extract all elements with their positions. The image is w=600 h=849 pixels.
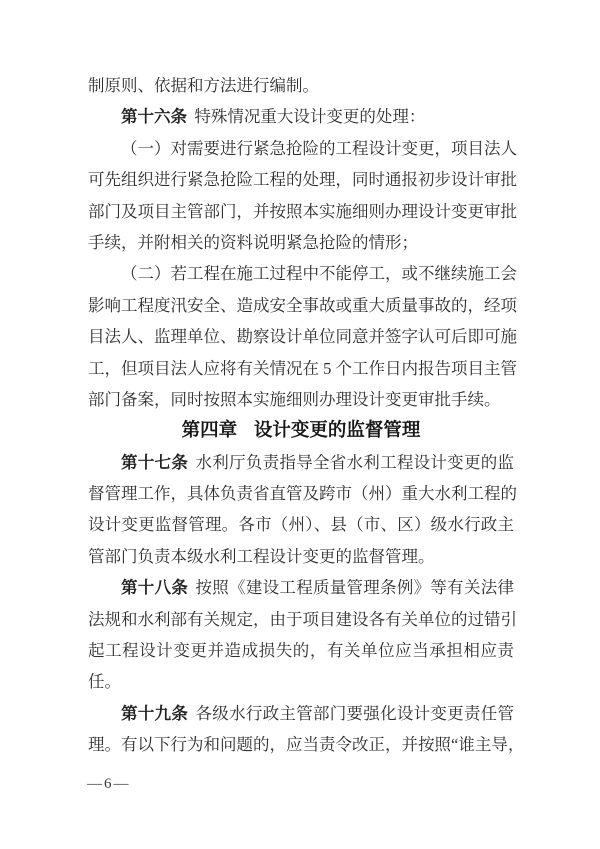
body-paragraph: 制原则、依据和方法进行编制。 — [88, 70, 514, 101]
chapter-heading: 第四章设计变更的监督管理 — [88, 415, 514, 446]
text-line: 部门及项目主管部门，并按照本实施细则办理设计变更审批 — [88, 196, 514, 227]
line-text: 特殊情况重大设计变更的处理： — [194, 107, 425, 126]
line-text: 设计变更监督管理。各市（州）、县（市、区）级水行政主 — [88, 515, 514, 534]
page-number: —6— — [87, 776, 131, 793]
text-line: 工，但项目法人应将有关情况在 5 个工作日内报告项目主管 — [88, 353, 514, 384]
text-line: 第十六条特殊情况重大设计变更的处理： — [88, 101, 514, 132]
line-text: （一）对需要进行紧急抢险的工程设计变更，项目法人 — [121, 139, 517, 158]
line-text: 督管理工作，具体负责省直管及跨市（州）重大水利工程的 — [88, 484, 517, 503]
line-text: 法规和水利部有关规定，由于项目建设各有关单位的过错引 — [88, 610, 517, 629]
body-paragraph: （一）对需要进行紧急抢险的工程设计变更，项目法人可先组织进行紧急抢险工程的处理，… — [88, 133, 514, 259]
article-paragraph: 第十九条各级水行政主管部门要强化设计变更责任管理。有以下行为和问题的，应当责令改… — [88, 698, 514, 761]
text-line: （二）若工程在施工过程中不能停工，或不继续施工会 — [88, 258, 514, 289]
line-text: 管部门负责本级水利工程设计变更的监督管理。 — [88, 547, 435, 566]
text-line: 第十九条各级水行政主管部门要强化设计变更责任管 — [88, 698, 514, 729]
line-text: 部门备案，同时按照本实施细则办理设计变更审批手续。 — [88, 390, 501, 409]
text-line: 法规和水利部有关规定，由于项目建设各有关单位的过错引 — [88, 604, 514, 635]
body-paragraph: （二）若工程在施工过程中不能停工，或不继续施工会影响工程度汛安全、造成安全事故或… — [88, 258, 514, 415]
line-text: 理。有以下行为和问题的，应当责令改正，并按照“谁主导， — [88, 735, 524, 754]
text-line: 设计变更监督管理。各市（州）、县（市、区）级水行政主 — [88, 509, 514, 540]
line-text: 可先组织进行紧急抢险工程的处理，同时通报初步设计审批 — [88, 170, 517, 189]
text-line: （一）对需要进行紧急抢险的工程设计变更，项目法人 — [88, 133, 514, 164]
article-number: 第十七条 — [121, 453, 188, 472]
article-number: 第十八条 — [121, 578, 188, 597]
line-text: 工，但项目法人应将有关情况在 5 个工作日内报告项目主管 — [88, 359, 517, 378]
text-line: 手续，并附相关的资料说明紧急抢险的情形； — [88, 227, 514, 258]
line-text: 手续，并附相关的资料说明紧急抢险的情形； — [88, 233, 418, 252]
text-line: 制原则、依据和方法进行编制。 — [88, 70, 514, 101]
text-line: 第十七条水利厅负责指导全省水利工程设计变更的监 — [88, 447, 514, 478]
chapter-title: 设计变更的监督管理 — [254, 420, 421, 441]
text-line: 影响工程度汛安全、造成安全事故或重大质量事故的，经项 — [88, 290, 514, 321]
document-body: 制原则、依据和方法进行编制。第十六条特殊情况重大设计变更的处理：（一）对需要进行… — [88, 70, 514, 761]
text-line: 第十八条按照《建设工程质量管理条例》等有关法律 — [88, 572, 514, 603]
text-line: 目法人、监理单位、勘察设计单位同意并签字认可后即可施 — [88, 321, 514, 352]
article-paragraph: 第十八条按照《建设工程质量管理条例》等有关法律法规和水利部有关规定，由于项目建设… — [88, 572, 514, 698]
text-line: 任。 — [88, 666, 514, 697]
line-text: 起工程设计变更并造成损失的，有关单位应当承担相应责 — [88, 641, 514, 660]
line-text: 目法人、监理单位、勘察设计单位同意并签字认可后即可施 — [88, 327, 517, 346]
text-line: 部门备案，同时按照本实施细则办理设计变更审批手续。 — [88, 384, 514, 415]
text-line: 督管理工作，具体负责省直管及跨市（州）重大水利工程的 — [88, 478, 514, 509]
line-text: 制原则、依据和方法进行编制。 — [88, 76, 319, 95]
line-text: 部门及项目主管部门，并按照本实施细则办理设计变更审批 — [88, 202, 517, 221]
line-text: 影响工程度汛安全、造成安全事故或重大质量事故的，经项 — [88, 296, 517, 315]
text-line: 理。有以下行为和问题的，应当责令改正，并按照“谁主导， — [88, 729, 514, 760]
chapter-number: 第四章 — [182, 420, 238, 441]
line-text: （二）若工程在施工过程中不能停工，或不继续施工会 — [121, 264, 517, 283]
line-text: 各级水行政主管部门要强化设计变更责任管 — [196, 704, 514, 723]
article-paragraph: 第十六条特殊情况重大设计变更的处理： — [88, 101, 514, 132]
article-paragraph: 第十七条水利厅负责指导全省水利工程设计变更的监督管理工作，具体负责省直管及跨市（… — [88, 447, 514, 573]
text-line: 起工程设计变更并造成损失的，有关单位应当承担相应责 — [88, 635, 514, 666]
document-page: 制原则、依据和方法进行编制。第十六条特殊情况重大设计变更的处理：（一）对需要进行… — [0, 0, 600, 849]
line-text: 任。 — [88, 672, 121, 691]
line-text: 水利厅负责指导全省水利工程设计变更的监 — [196, 453, 514, 472]
text-line: 可先组织进行紧急抢险工程的处理，同时通报初步设计审批 — [88, 164, 514, 195]
text-line: 管部门负责本级水利工程设计变更的监督管理。 — [88, 541, 514, 572]
line-text: 按照《建设工程质量管理条例》等有关法律 — [196, 578, 514, 597]
article-number: 第十九条 — [121, 704, 188, 723]
article-number: 第十六条 — [121, 107, 187, 126]
